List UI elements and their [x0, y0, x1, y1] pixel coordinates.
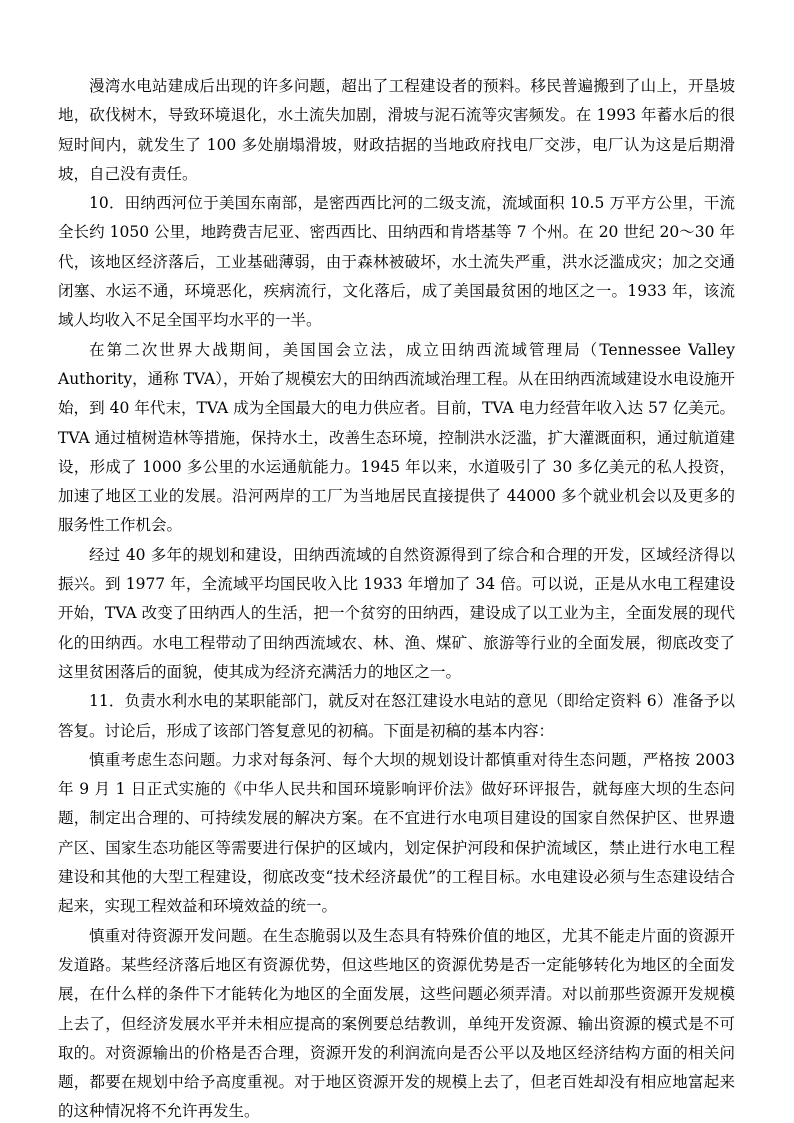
- document-text-body: 漫湾水电站建成后出现的许多问题，超出了工程建设者的预料。移民普遍搬到了山上，开垦…: [58, 72, 735, 1123]
- paragraph-tva-results: 经过 40 多年的规划和建设，田纳西流域的自然资源得到了综合和合理的开发，区域经…: [58, 541, 735, 687]
- paragraph-ecology-consideration: 慎重考虑生态问题。力求对每条河、每个大坝的规划设计都慎重对待生态问题，严格按 2…: [58, 746, 735, 922]
- document-page: 漫湾水电站建成后出现的许多问题，超出了工程建设者的预料。移民普遍搬到了山上，开垦…: [0, 0, 794, 1123]
- paragraph-resource-development: 慎重对待资源开发问题。在生态脆弱以及生态具有特殊价值的地区，尤其不能走片面的资源…: [58, 922, 735, 1123]
- paragraph-tva-founding: 在第二次世界大战期间，美国国会立法，成立田纳西流域管理局（Tennessee V…: [58, 336, 735, 541]
- paragraph-manwan-problems: 漫湾水电站建成后出现的许多问题，超出了工程建设者的预料。移民普遍搬到了山上，开垦…: [58, 72, 735, 189]
- paragraph-10-tennessee-river-intro: 10．田纳西河位于美国东南部，是密西西比河的二级支流，流域面积 10.5 万平方…: [58, 189, 735, 335]
- paragraph-11-reply-draft-intro: 11．负责水利水电的某职能部门，就反对在怒江建设水电站的意见（即给定资料 6）准…: [58, 687, 735, 746]
